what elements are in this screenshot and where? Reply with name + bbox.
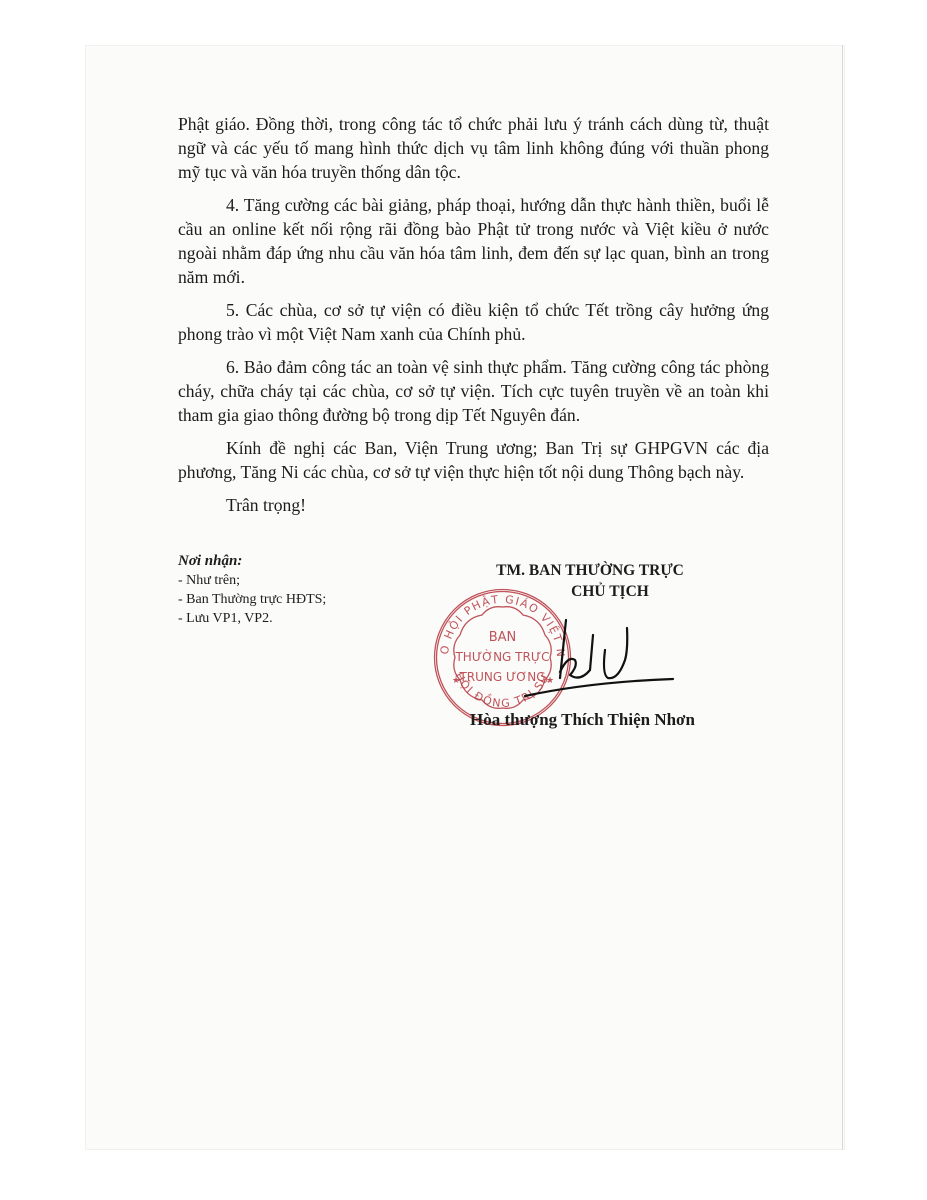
- recipient-item: - Như trên;: [178, 571, 326, 590]
- recipients-title: Nơi nhận:: [178, 552, 326, 571]
- svg-text:★: ★: [452, 676, 460, 686]
- paragraph-closing: Trân trọng!: [178, 493, 769, 517]
- paragraph-item-4: 4. Tăng cường các bài giảng, pháp thoại,…: [178, 193, 769, 289]
- paragraph-intro: Phật giáo. Đồng thời, trong công tác tổ …: [178, 112, 769, 184]
- paragraph-request: Kính đề nghị các Ban, Viện Trung ương; B…: [178, 436, 769, 484]
- recipient-item: - Lưu VP1, VP2.: [178, 609, 326, 628]
- signature-header: TM. BAN THƯỜNG TRỰC CHỦ TỊCH: [440, 560, 740, 602]
- on-behalf-label: TM. BAN THƯỜNG TRỰC: [440, 560, 740, 581]
- paragraph-item-5: 5. Các chùa, cơ sở tự viện có điều kiện …: [178, 298, 769, 346]
- handwritten-signature-icon: [510, 600, 690, 710]
- signer-role: CHỦ TỊCH: [480, 581, 740, 602]
- recipient-item: - Ban Thường trực HĐTS;: [178, 590, 326, 609]
- paragraph-item-6: 6. Bảo đảm công tác an toàn vệ sinh thực…: [178, 355, 769, 427]
- signer-name: Hòa thượng Thích Thiện Nhơn: [470, 710, 695, 730]
- document-body: Phật giáo. Đồng thời, trong công tác tổ …: [178, 112, 769, 526]
- recipients-block: Nơi nhận: - Như trên; - Ban Thường trực …: [178, 552, 326, 628]
